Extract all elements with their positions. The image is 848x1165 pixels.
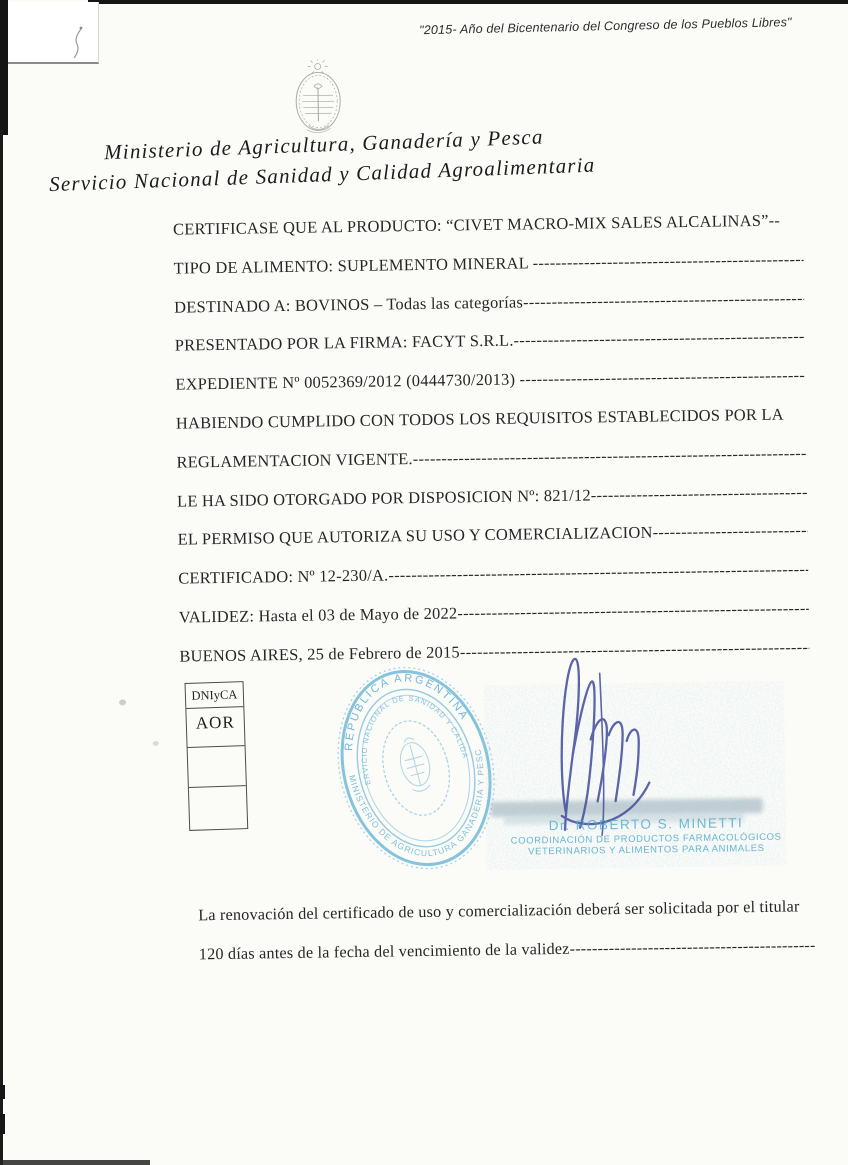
svg-text:MINISTERIO DE AGRICULTURA GANA: MINISTERIO DE AGRICULTURA GANADERIA Y PE… <box>319 655 506 882</box>
handwritten-signature <box>529 642 692 839</box>
seal-center-crest <box>395 735 436 795</box>
routing-box-value: AOR <box>186 707 244 748</box>
signatory-name: Dr. ROBERTO S. MINETTI <box>496 814 796 833</box>
scan-edge-nub <box>0 1114 5 1134</box>
scan-speck <box>119 699 126 705</box>
routing-stamp-box: DNIyCA AOR <box>185 681 249 831</box>
certificate-body: CERTIFICASE QUE AL PRODUCTO: “CIVET MACR… <box>173 201 810 676</box>
routing-box-header: DNIyCA <box>186 682 244 709</box>
seal-text-ministerio: MINISTERIO DE AGRICULTURA GANADERIA Y PE… <box>319 655 506 882</box>
routing-box-empty-row <box>189 786 247 830</box>
scan-edge-nub <box>0 1085 5 1099</box>
argentina-coat-of-arms-icon <box>286 59 351 136</box>
year-motto: "2015- Año del Bicentenario del Congreso… <box>419 15 792 37</box>
scan-speck <box>153 741 159 746</box>
renewal-note: La renovación del certificado de uso y c… <box>198 887 815 973</box>
signatory-stamp: Dr. ROBERTO S. MINETTI COORDINACIÓN DE P… <box>496 814 797 857</box>
routing-box-empty-row <box>188 746 246 788</box>
crest-sun <box>308 59 328 73</box>
document-sheet: "2015- Año del Bicentenario del Congreso… <box>0 0 848 1165</box>
